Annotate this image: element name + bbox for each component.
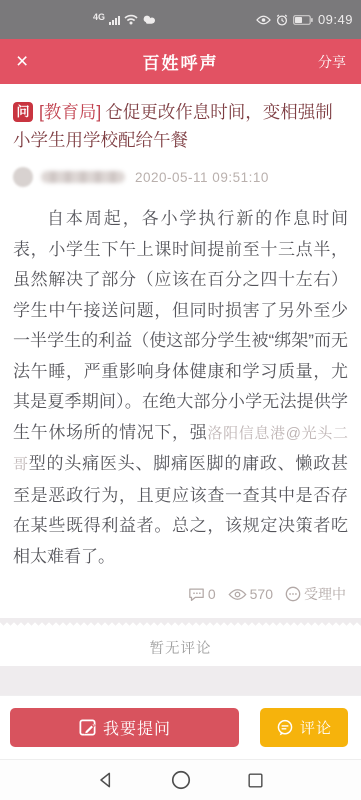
status-left-group: 4G	[93, 14, 157, 25]
phone-screen: 4G	[0, 0, 361, 800]
nav-recents-button[interactable]	[242, 766, 270, 794]
share-button[interactable]: 分享	[303, 52, 361, 72]
clock-time: 09:49	[318, 12, 353, 27]
recents-square-icon	[246, 771, 265, 790]
eye-icon	[228, 588, 247, 601]
page-background	[0, 666, 361, 695]
battery-icon	[293, 15, 313, 25]
post-body: 自本周起，各小学执行新的作息时间表，小学生下午上课时间提前至十三点半，虽然解决了…	[13, 204, 348, 572]
dots-circle-icon	[285, 586, 301, 602]
ask-question-label: 我要提问	[103, 716, 171, 739]
weather-cloud-icon	[142, 14, 157, 25]
comment-button[interactable]: 评论	[260, 708, 348, 747]
nav-back-button[interactable]	[92, 766, 120, 794]
view-count-group: 570	[228, 586, 273, 602]
post-card: 问[教育局]仓促更改作息时间，变相强制小学生用学校配给午餐 2020-05-11…	[0, 84, 361, 618]
username-redacted	[41, 171, 125, 183]
question-badge: 问	[13, 102, 33, 122]
avatar	[13, 167, 33, 187]
close-button[interactable]: ×	[0, 39, 44, 84]
comment-count: 0	[208, 586, 216, 602]
bottom-action-bar: 我要提问 评论	[0, 695, 361, 759]
wifi-icon	[124, 14, 138, 25]
nav-home-button[interactable]	[167, 766, 195, 794]
home-circle-icon	[170, 769, 192, 791]
post-body-text-1: 自本周起，各小学执行新的作息时间表，小学生下午上课时间提前至十三点半，虽然解决了…	[13, 209, 348, 442]
speech-bubble-icon	[188, 587, 205, 602]
signal-bars-icon	[109, 15, 120, 25]
edit-pencil-icon	[78, 718, 97, 737]
status-badge: 受理中	[304, 584, 346, 604]
status-bar: 4G	[0, 0, 361, 39]
comment-bubble-icon	[276, 719, 294, 737]
android-nav-bar	[0, 759, 361, 800]
comment-button-label: 评论	[300, 717, 332, 738]
view-count: 570	[250, 586, 273, 602]
post-body-text-2: 型的头痛医头、脚痛医脚的庸政、懒政甚至是恶政行为，且更应该查一查其中是否存在某些…	[13, 454, 348, 566]
eye-protection-icon	[256, 15, 271, 25]
post-stats-row: 0 570 受理中	[13, 578, 348, 612]
back-triangle-icon	[96, 770, 116, 790]
network-type-label: 4G	[93, 12, 105, 22]
no-comments-label: 暂无评论	[150, 637, 212, 658]
ask-question-button[interactable]: 我要提问	[10, 708, 239, 747]
app-header: × 百姓呼声 分享	[0, 39, 361, 84]
alarm-clock-icon	[276, 14, 288, 26]
post-title: 问[教育局]仓促更改作息时间，变相强制小学生用学校配给午餐	[13, 98, 348, 154]
status-right-group: 09:49	[256, 12, 353, 27]
status-group: 受理中	[285, 584, 346, 604]
no-comments-card: 暂无评论	[0, 628, 361, 666]
author-row: 2020-05-11 09:51:10	[13, 166, 348, 188]
comment-count-group[interactable]: 0	[188, 586, 216, 602]
department-tag: [教育局]	[39, 102, 101, 122]
post-date: 2020-05-11 09:51:10	[135, 170, 269, 185]
